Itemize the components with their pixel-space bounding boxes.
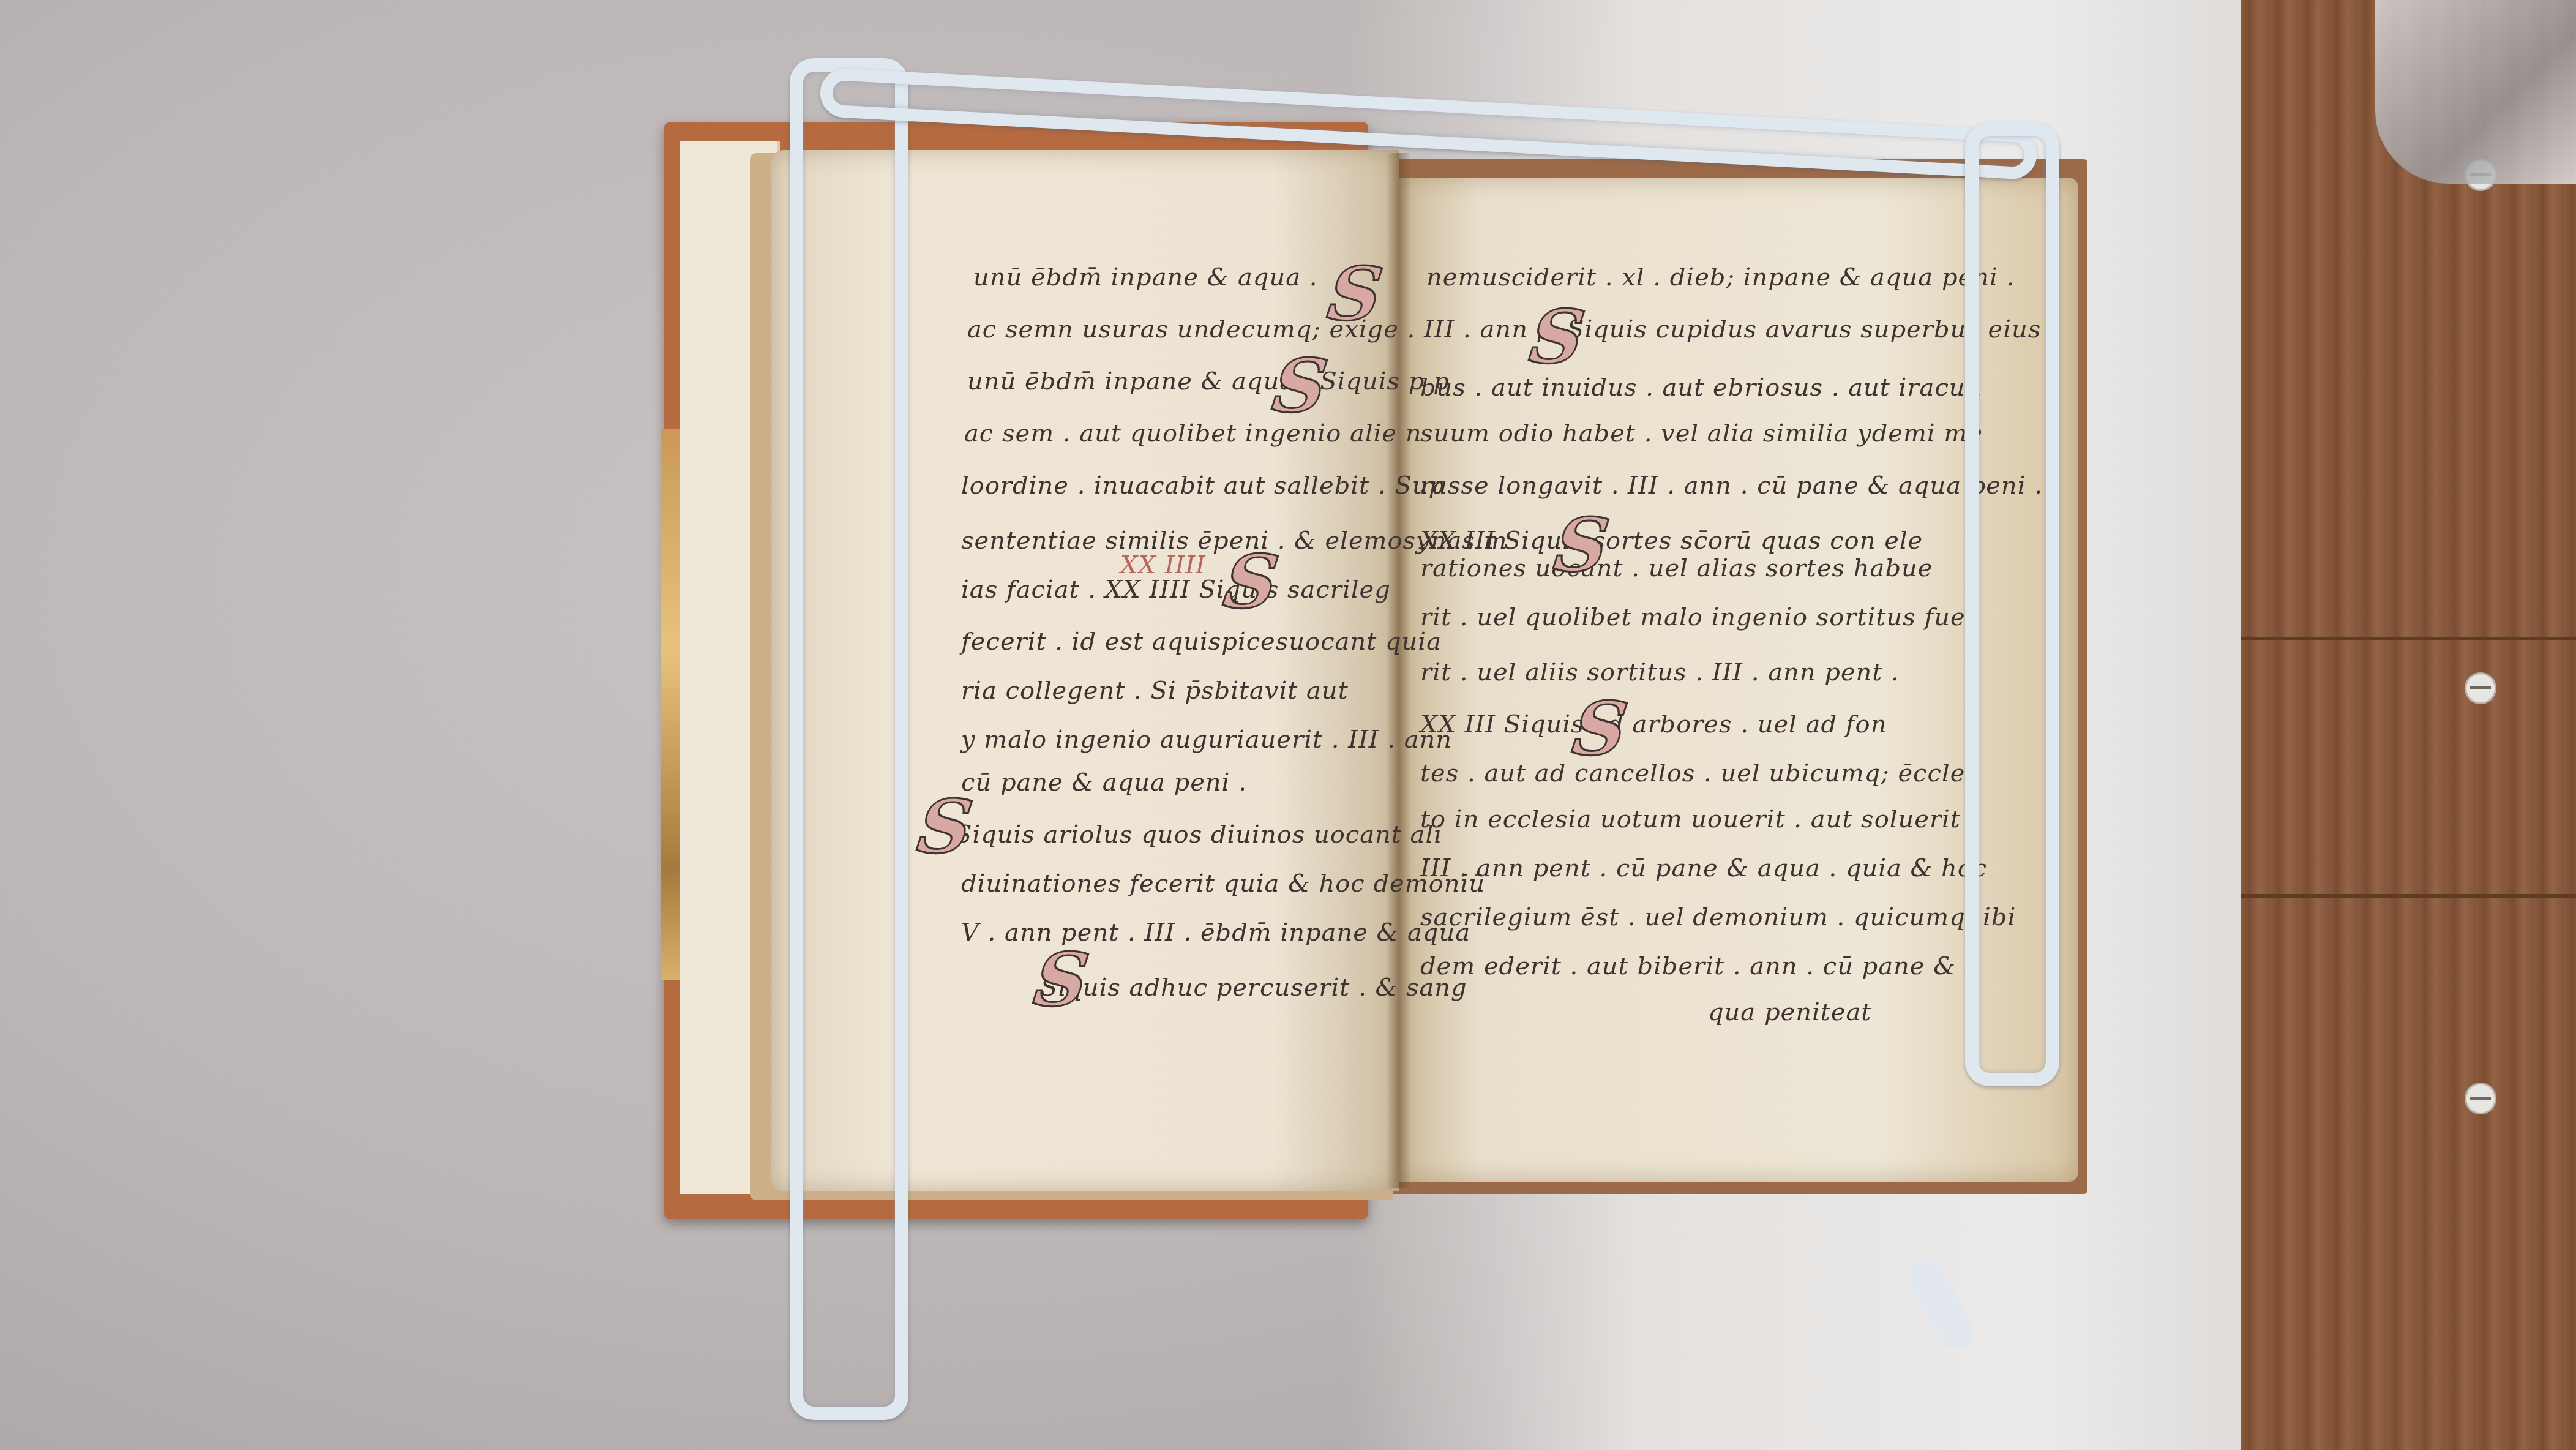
text-line: rit . uel aliis sortitus . III . ann pen… <box>1420 658 1900 686</box>
text-line: y malo ingenio auguriauerit . III . ann <box>961 726 1452 754</box>
text-line: nemusciderit . xl . dieb; inpane & aqua … <box>1426 263 2015 291</box>
text-line: tes . aut ad cancellos . uel ubicumq; ēc… <box>1420 759 1965 787</box>
screw-icon <box>2465 1083 2496 1114</box>
text-line: ria collegent . Si p̄sbitavit aut <box>961 677 1349 705</box>
text-line: V . ann pent . III . ēbdm̄ inpane & aqua <box>961 918 1470 947</box>
wooden-table <box>2241 0 2576 1450</box>
bead-chain-weight-left[interactable] <box>790 58 908 1420</box>
text-line: qua peniteat <box>1708 998 1871 1026</box>
text-line: ac sem . aut quolibet ingenio alie n <box>964 419 1422 448</box>
text-line: dem ederit . aut biberit . ann . cū pane… <box>1420 952 1979 980</box>
text-line: to in ecclesia uotum uouerit . aut solue… <box>1420 805 1961 833</box>
text-line: unū ēbdm̄ inpane & aqua . <box>973 263 1318 291</box>
plastic-bag <box>2375 0 2576 184</box>
wood-seam <box>2241 894 2576 898</box>
text-line: Siquis adhuc percuserit . & sang <box>1041 974 1467 1002</box>
text-line: loordine . inuacabit aut sallebit . Sup <box>961 471 1445 500</box>
text-line: bus . aut inuidus . aut ebriosus . aut i… <box>1420 374 1982 402</box>
screw-icon <box>2465 672 2496 704</box>
text-line: diuinationes fecerit quia & hoc demoniū <box>961 870 1485 898</box>
wood-seam <box>2241 637 2576 640</box>
text-line: rit . uel quolibet malo ingenio sortitus… <box>1420 603 1966 631</box>
text-line: suum odio habet . vel alia similia ydemi… <box>1420 419 1983 448</box>
text-line: III . ann pent . cū pane & aqua . quia &… <box>1420 854 1987 882</box>
text-line: fecerit . id est aquispicesuocant quia <box>961 628 1442 656</box>
text-line: sacrilegium ēst . uel demonium . quicumq… <box>1420 903 2016 931</box>
book-gutter <box>1387 153 1411 1188</box>
text-line: ias faciat . XX IIII Siquis sacrileg <box>961 576 1391 604</box>
text-line: rasse longavit . III . ann . cū pane & a… <box>1420 471 2043 500</box>
text-line: cū pane & aqua peni . <box>961 768 1247 797</box>
text-line: XX III Siquis ad arbores . uel ad fon <box>1420 710 1887 738</box>
text-line: Siquis ariolus quos diuinos uocant ali <box>955 821 1442 849</box>
text-line: unū ēbdm̄ inpane & aqua . Siquis p p <box>967 367 1450 396</box>
rubric: XX IIII <box>1120 551 1206 579</box>
text-line: XX III Siquis sortes sc̄orū quas con ele <box>1420 527 1923 555</box>
text-line: rationes uocant . uel alias sortes habue <box>1420 554 1933 582</box>
bead-chain-weight-right[interactable] <box>1965 122 2059 1086</box>
text-line: ac semn usuras undecumq; exige . III . a… <box>967 315 1552 344</box>
